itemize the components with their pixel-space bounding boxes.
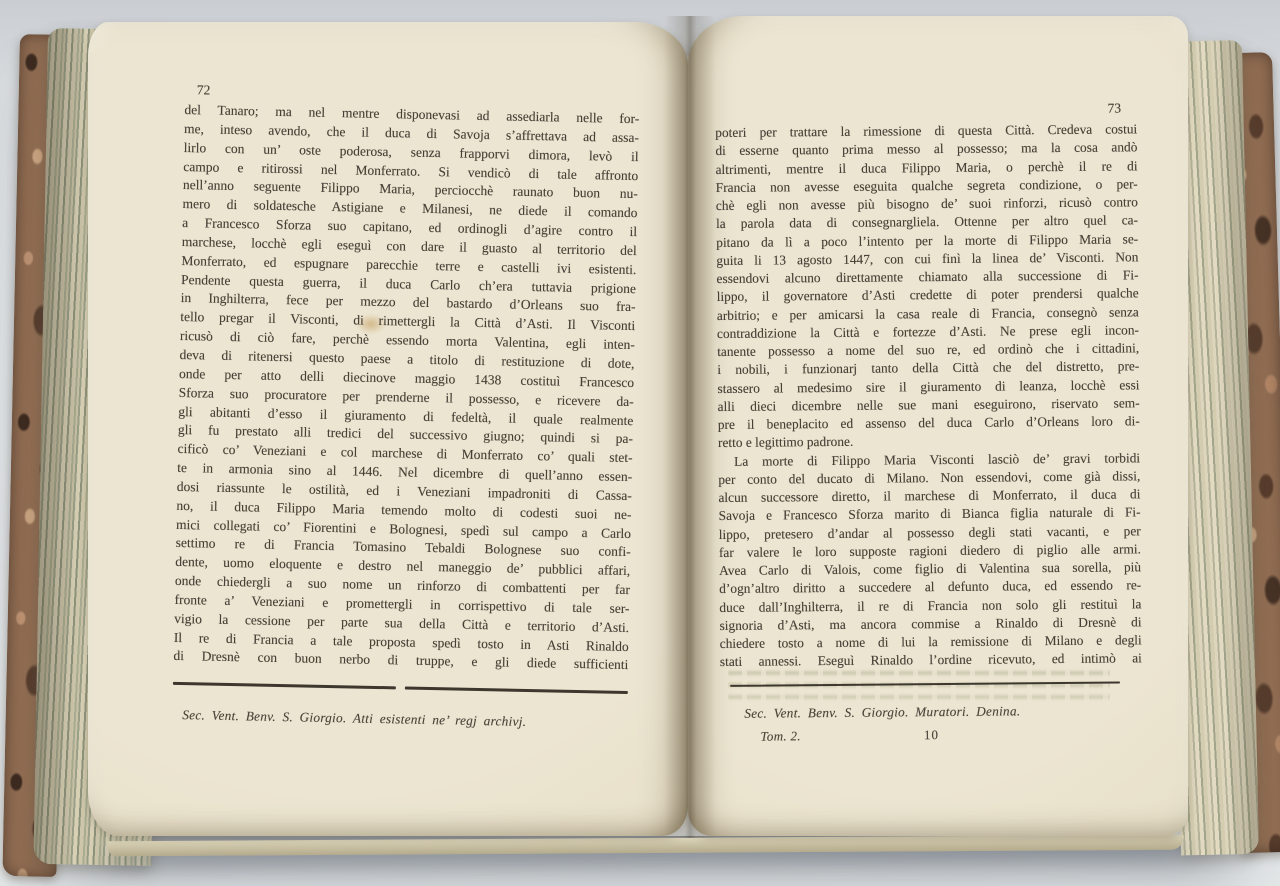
footnote-right: Sec. Vent. Benv. S. Giorgio. Muratori. D… [720,702,1142,722]
rule-segment [405,687,628,694]
bottom-page-edges [108,835,1184,857]
footnote-rule-left [173,682,628,694]
right-page-lines: poteri per trattare la rimessione di que… [715,120,1142,671]
signature-line: Tom. 2. 10 [720,725,1142,745]
text-line: stati annessi. Eseguì Rinaldo l’ordine r… [720,650,1142,672]
footnote-left: Sec. Vent. Benv. S. Giorgio. Atti esiste… [172,707,627,732]
footnote-rule-right [720,681,1142,687]
rule-segment [730,681,1120,687]
left-page: 72 del Tanaro; ma nel mentre disponevasi… [88,22,688,836]
right-page: 73 poteri per trattare la rimessione di … [688,16,1188,836]
left-page-text: 72 del Tanaro; ma nel mentre disponevasi… [172,82,640,732]
left-page-lines: del Tanaro; ma nel mentre disponevasi ad… [173,101,639,675]
sheet-number: 10 [924,727,939,743]
volume-label: Tom. 2. [720,728,800,744]
right-page-text: 73 poteri per trattare la rimessione di … [715,100,1143,745]
photo-background: 72 del Tanaro; ma nel mentre disponevasi… [0,0,1280,886]
page-number-right: 73 [715,100,1137,120]
open-book: 72 del Tanaro; ma nel mentre disponevasi… [0,0,1280,886]
rule-segment [173,682,396,689]
